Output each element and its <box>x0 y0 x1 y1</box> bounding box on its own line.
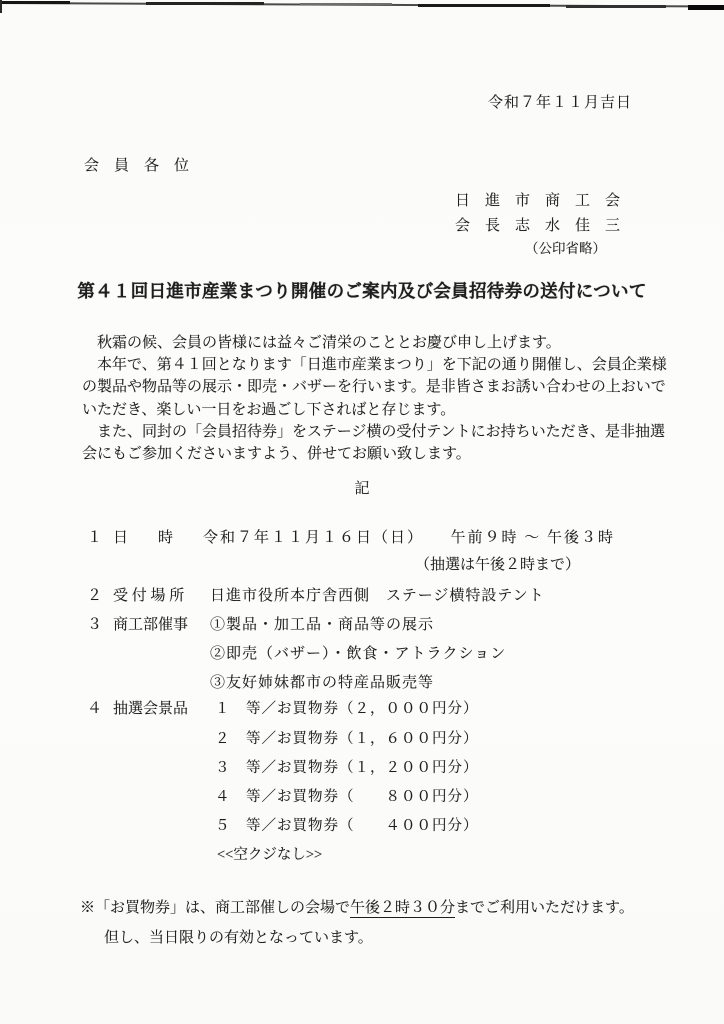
scan-artifact-dash <box>300 3 392 5</box>
scanned-letter-page: 令和７年１１月吉日 会 員 各 位 日 進 市 商 工 会 会 長 志 水 佳 … <box>0 0 724 1024</box>
sender-organization: 日 進 市 商 工 会 <box>455 192 620 211</box>
no-blank-lottery-note: <<空クジなし>> <box>217 846 322 864</box>
section-2-value: 日進市役所本庁舎西側 ステージ横特設テント <box>210 587 545 606</box>
section-2-number: ２ <box>87 587 102 606</box>
scan-artifact-dash <box>418 4 550 7</box>
section-1-subnote: （抽選は午後２時まで） <box>415 556 580 575</box>
letter-date: 令和７年１１月吉日 <box>488 94 632 113</box>
prize-item: １ 等／お買物券（２，０００円分） <box>215 700 479 718</box>
section-1-value: 令和７年１１月１６日（日） 午前９時 ～ 午後３時 <box>203 529 615 548</box>
body-line: 本年で、第４１回となります「日進市産業まつり」を下記の通り開催し、会員企業様 <box>82 356 667 375</box>
section-3-item: ③友好姉妹都市の特産品販売等 <box>210 674 434 693</box>
body-line: の製品や物品等の展示・即売・バザーを行います。是非皆さまお誘い合わせの上おいで <box>82 378 666 397</box>
section-4-label: 抽選会景品 <box>113 700 188 719</box>
seal-omitted-note: （公印省略） <box>525 241 606 258</box>
sender-name: 会 長 志 水 佳 三 <box>455 217 620 236</box>
section-3-number: ３ <box>87 616 102 635</box>
prize-item: ３ 等／お買物券（１，２００円分） <box>215 759 479 777</box>
footnote-pre: ※「お買物券」は、商工部催しの会場で <box>80 900 350 916</box>
section-2-label: 受 付 場 所 <box>113 587 184 606</box>
body-line: 会にもご参加くださいますよう、併せてお願い致します。 <box>82 445 471 464</box>
section-4-number: ４ <box>87 700 102 719</box>
footnote-post: までご利用いただけます。 <box>455 900 634 916</box>
prize-item: ５ 等／お買物券（ ４００円分） <box>215 817 479 835</box>
scan-artifact-dash <box>146 2 264 5</box>
section-1-number: １ <box>87 529 102 548</box>
body-line: いただき、楽しい一日をお過ごし下さればと存じます。 <box>82 401 455 420</box>
section-3-item: ①製品・加工品・商品等の展示 <box>210 616 434 635</box>
scan-artifact-left-edge <box>0 0 2 13</box>
ki-marker: 記 <box>0 480 724 499</box>
prize-item: ４ 等／お買物券（ ８００円分） <box>215 788 479 806</box>
footnote-underlined-time: 午後２時３０分 <box>350 900 455 918</box>
footnote-line-2: 但し、当日限りの有効となっています。 <box>104 929 373 948</box>
section-3-label: 商工部催事 <box>113 616 188 635</box>
footnote-line-1: ※「お買物券」は、商工部催しの会場で午後２時３０分までご利用いただけます。 <box>80 899 634 918</box>
letter-title: 第４１回日進市産業まつり開催のご案内及び会員招待券の送付について <box>0 281 724 303</box>
section-3-item: ②即売（バザー）・飲食・アトラクション <box>210 645 506 664</box>
scan-artifact-dash <box>0 1 70 4</box>
scan-artifact-dash <box>566 5 666 8</box>
prize-item: ２ 等／お買物券（１，６００円分） <box>215 730 479 748</box>
scan-artifact-corner <box>688 5 724 10</box>
body-line: 秋霜の候、会員の皆様には益々ご清栄のこととお慶び申し上げます。 <box>82 334 561 353</box>
section-1-label: 日 時 <box>113 529 173 548</box>
recipient: 会 員 各 位 <box>84 157 189 176</box>
body-line: また、同封の「会員招待券」をステージ横の受付テントにお持ちいただき、是非抽選 <box>82 423 665 442</box>
